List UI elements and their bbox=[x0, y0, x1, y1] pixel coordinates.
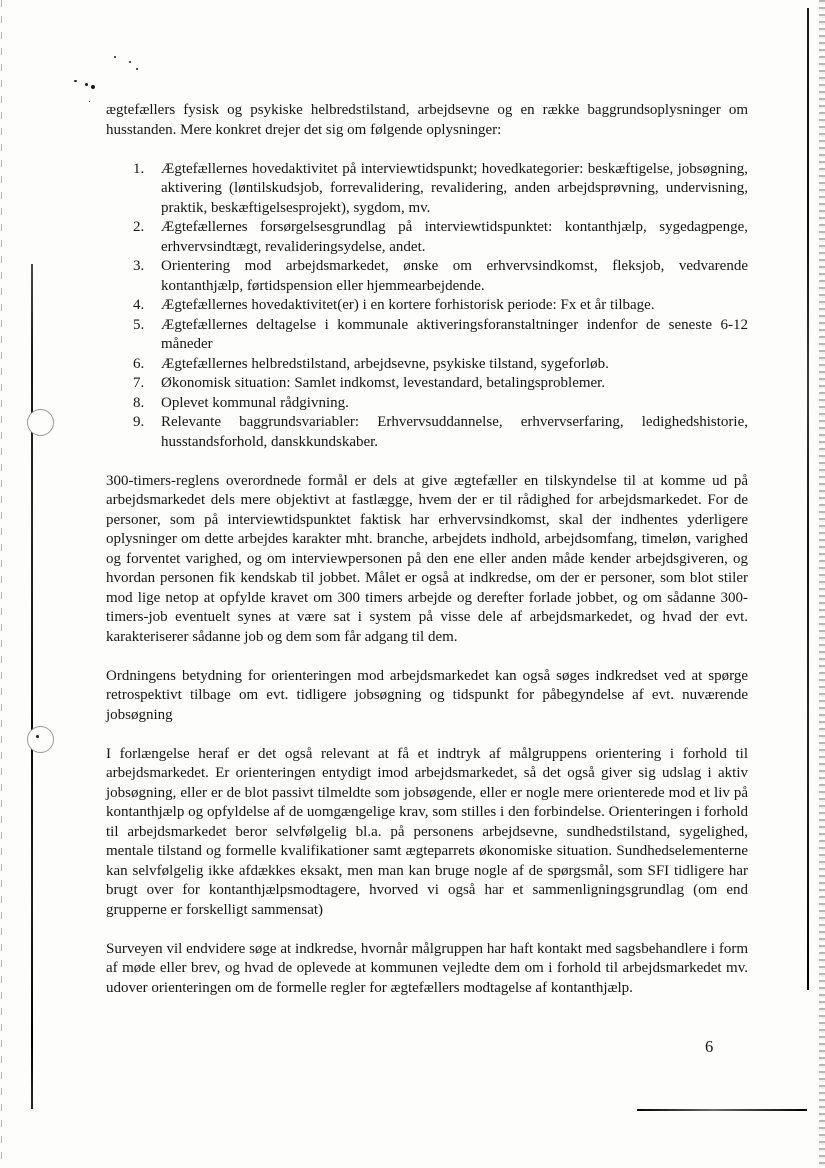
page-number: 6 bbox=[705, 1037, 713, 1057]
scan-edge-left bbox=[1, 0, 2, 1168]
paragraph-surveyen: Surveyen vil endvidere søge at indkredse… bbox=[106, 940, 748, 999]
list-item: 5. Ægtefællernes deltagelse i kommunale … bbox=[106, 316, 748, 355]
ink-speck bbox=[89, 101, 90, 102]
list-item: 2. Ægtefællernes forsørgelsesgrundlag på… bbox=[106, 218, 748, 257]
list-item-text: Ægtefællernes helbredstilstand, arbejdse… bbox=[161, 356, 609, 372]
numbered-list: 1. Ægtefællernes hovedaktivitet på inter… bbox=[106, 160, 748, 453]
paragraph-300-timers: 300-timers-reglens overordnede formål er… bbox=[106, 472, 748, 648]
list-item-number: 1. bbox=[133, 160, 144, 180]
list-item-text: Ægtefællernes hovedaktivitet(er) i en ko… bbox=[161, 297, 655, 313]
fold-line-right bbox=[807, 8, 809, 990]
text-block: ægtefællers fysisk og psykiske helbredst… bbox=[106, 101, 748, 1018]
list-item: 7. Økonomisk situation: Samlet indkomst,… bbox=[106, 374, 748, 394]
list-item-text: Ægtefællernes forsørgelsesgrundlag på in… bbox=[161, 219, 748, 255]
list-item-text: Relevante baggrundsvariabler: Erhvervsud… bbox=[161, 414, 748, 450]
ink-speck bbox=[129, 61, 131, 63]
paragraph-ordningens: Ordningens betydning for orienteringen m… bbox=[106, 667, 748, 726]
list-item-text: Oplevet kommunal rådgivning. bbox=[161, 395, 349, 411]
list-item: 6. Ægtefællernes helbredstilstand, arbej… bbox=[106, 355, 748, 375]
list-item-number: 2. bbox=[133, 218, 144, 238]
intro-paragraph: ægtefællers fysisk og psykiske helbredst… bbox=[106, 101, 748, 140]
ink-speck bbox=[85, 83, 88, 86]
ink-speck bbox=[91, 85, 95, 89]
list-item-text: Orientering mod arbejdsmarkedet, ønske o… bbox=[161, 258, 748, 294]
list-item-number: 4. bbox=[133, 296, 144, 316]
list-item-number: 5. bbox=[133, 316, 144, 336]
scan-edge-right bbox=[819, 0, 825, 1168]
hole-punch-mark-top bbox=[27, 409, 54, 436]
ink-speck bbox=[36, 735, 39, 738]
list-item-number: 7. bbox=[133, 374, 144, 394]
list-item-number: 3. bbox=[133, 257, 144, 277]
ink-speck bbox=[74, 80, 77, 82]
ink-speck bbox=[136, 68, 138, 70]
footer-rule bbox=[637, 1109, 807, 1111]
fold-line-left bbox=[31, 264, 33, 1109]
list-item-number: 6. bbox=[133, 355, 144, 375]
list-item: 4. Ægtefællernes hovedaktivitet(er) i en… bbox=[106, 296, 748, 316]
list-item: 3. Orientering mod arbejdsmarkedet, ønsk… bbox=[106, 257, 748, 296]
list-item-number: 8. bbox=[133, 394, 144, 414]
ink-speck bbox=[114, 56, 116, 58]
list-item: 9. Relevante baggrundsvariabler: Erhverv… bbox=[106, 413, 748, 452]
list-item: 1. Ægtefællernes hovedaktivitet på inter… bbox=[106, 160, 748, 219]
document-page: ægtefællers fysisk og psykiske helbredst… bbox=[0, 0, 825, 1168]
list-item-text: Ægtefællernes deltagelse i kommunale akt… bbox=[161, 317, 748, 353]
paragraph-forlaengelse: I forlængelse heraf er det også relevant… bbox=[106, 745, 748, 921]
list-item-text: Økonomisk situation: Samlet indkomst, le… bbox=[161, 375, 605, 391]
list-item-text: Ægtefællernes hovedaktivitet på intervie… bbox=[161, 161, 748, 216]
hole-punch-mark-bottom bbox=[27, 726, 54, 753]
list-item-number: 9. bbox=[133, 413, 144, 433]
list-item: 8. Oplevet kommunal rådgivning. bbox=[106, 394, 748, 414]
